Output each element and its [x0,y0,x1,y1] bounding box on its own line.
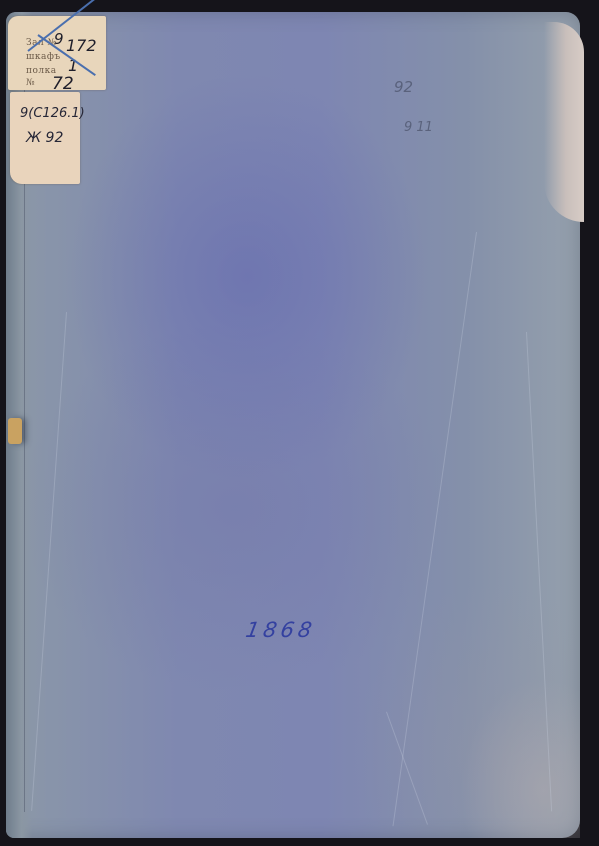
year-inscription: 1868 [244,618,318,642]
worn-top-right-edge [544,22,584,222]
book-cover: 92 9 11 1868 [6,12,580,838]
item-number: 72 [52,74,74,94]
pencil-note: 92 [394,78,413,96]
shelf-mark-label: Зал № шкафъ полка № 9 172 1 72 [8,16,106,90]
call-number-line2: Ж 92 [26,130,63,146]
pencil-note: 9 11 [404,120,433,135]
paper-crease [31,312,67,811]
worn-bottom-right-area [460,678,580,838]
call-number-line1: 9(С126.1) [20,106,85,121]
label-printed-cabinet: шкафъ [26,52,61,62]
call-number-label: 9(С126.1) Ж 92 [10,92,80,184]
cabinet-number: 172 [66,36,97,55]
label-printed-number: № [26,78,35,88]
binding-thread [8,418,22,444]
